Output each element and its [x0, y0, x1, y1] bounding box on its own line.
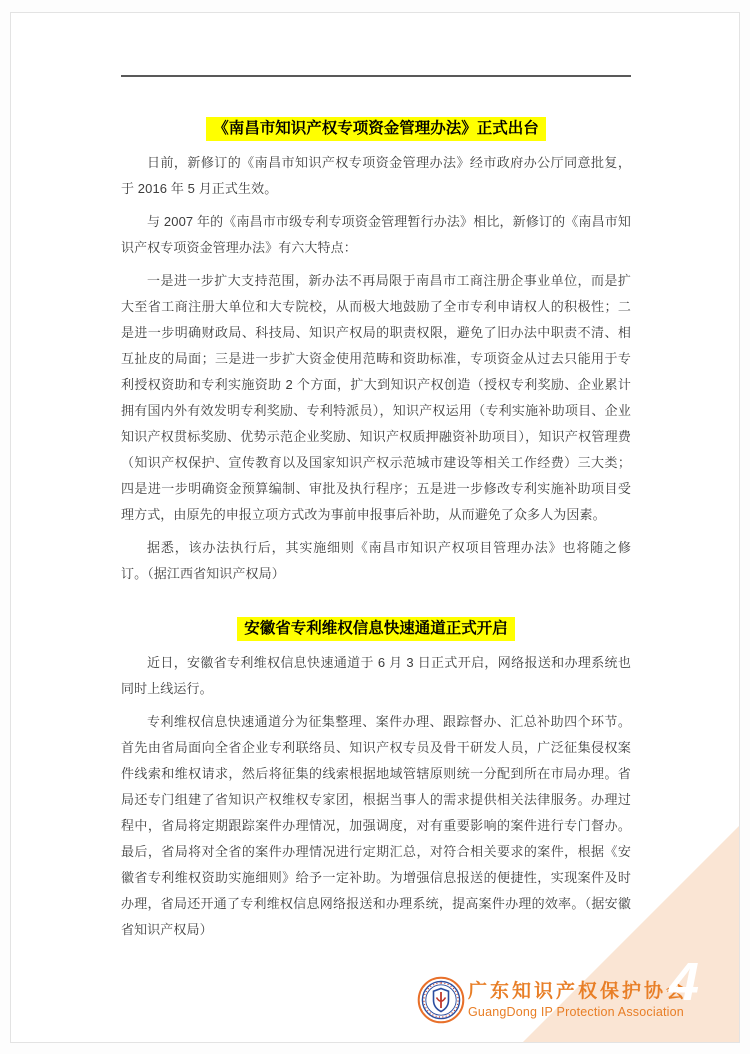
section-1-paragraph-2: 与 2007 年的《南昌市市级专利专项资金管理暂行办法》相比，新修订的《南昌市知…: [121, 209, 631, 261]
association-seal-icon: [417, 976, 465, 1024]
page-content: 《南昌市知识产权专项资金管理办法》正式出台 日前，新修订的《南昌市知识产权专项资…: [11, 75, 739, 943]
page-number: 4: [669, 955, 699, 1009]
page-footer: 广东知识产权保护协会 GuangDong IP Protection Assoc…: [11, 971, 739, 1041]
org-name-english: GuangDong IP Protection Association: [468, 1004, 688, 1020]
section-2: 安徽省专利维权信息快速通道正式开启: [121, 617, 631, 641]
header-rule: [121, 75, 631, 77]
org-name-chinese: 广东知识产权保护协会: [468, 980, 688, 1004]
section-2-paragraph-1: 近日，安徽省专利维权信息快速通道于 6 月 3 日正式开启，网络报送和办理系统也…: [121, 650, 631, 702]
section-1-paragraph-4: 据悉，该办法执行后，其实施细则《南昌市知识产权项目管理办法》也将随之修订。（据江…: [121, 535, 631, 587]
section-1-paragraph-3: 一是进一步扩大支持范围，新办法不再局限于南昌市工商注册企事业单位，而是扩大至省工…: [121, 268, 631, 528]
section-1-title: 《南昌市知识产权专项资金管理办法》正式出台: [206, 117, 546, 141]
section-1: 《南昌市知识产权专项资金管理办法》正式出台: [121, 117, 631, 141]
org-name-block: 广东知识产权保护协会 GuangDong IP Protection Assoc…: [468, 980, 688, 1020]
document-page: 《南昌市知识产权专项资金管理办法》正式出台 日前，新修订的《南昌市知识产权专项资…: [10, 12, 740, 1043]
section-2-paragraph-2: 专利维权信息快速通道分为征集整理、案件办理、跟踪督办、汇总补助四个环节。首先由省…: [121, 709, 631, 943]
section-2-title: 安徽省专利维权信息快速通道正式开启: [237, 617, 515, 641]
section-1-paragraph-1: 日前，新修订的《南昌市知识产权专项资金管理办法》经市政府办公厅同意批复，于 20…: [121, 150, 631, 202]
